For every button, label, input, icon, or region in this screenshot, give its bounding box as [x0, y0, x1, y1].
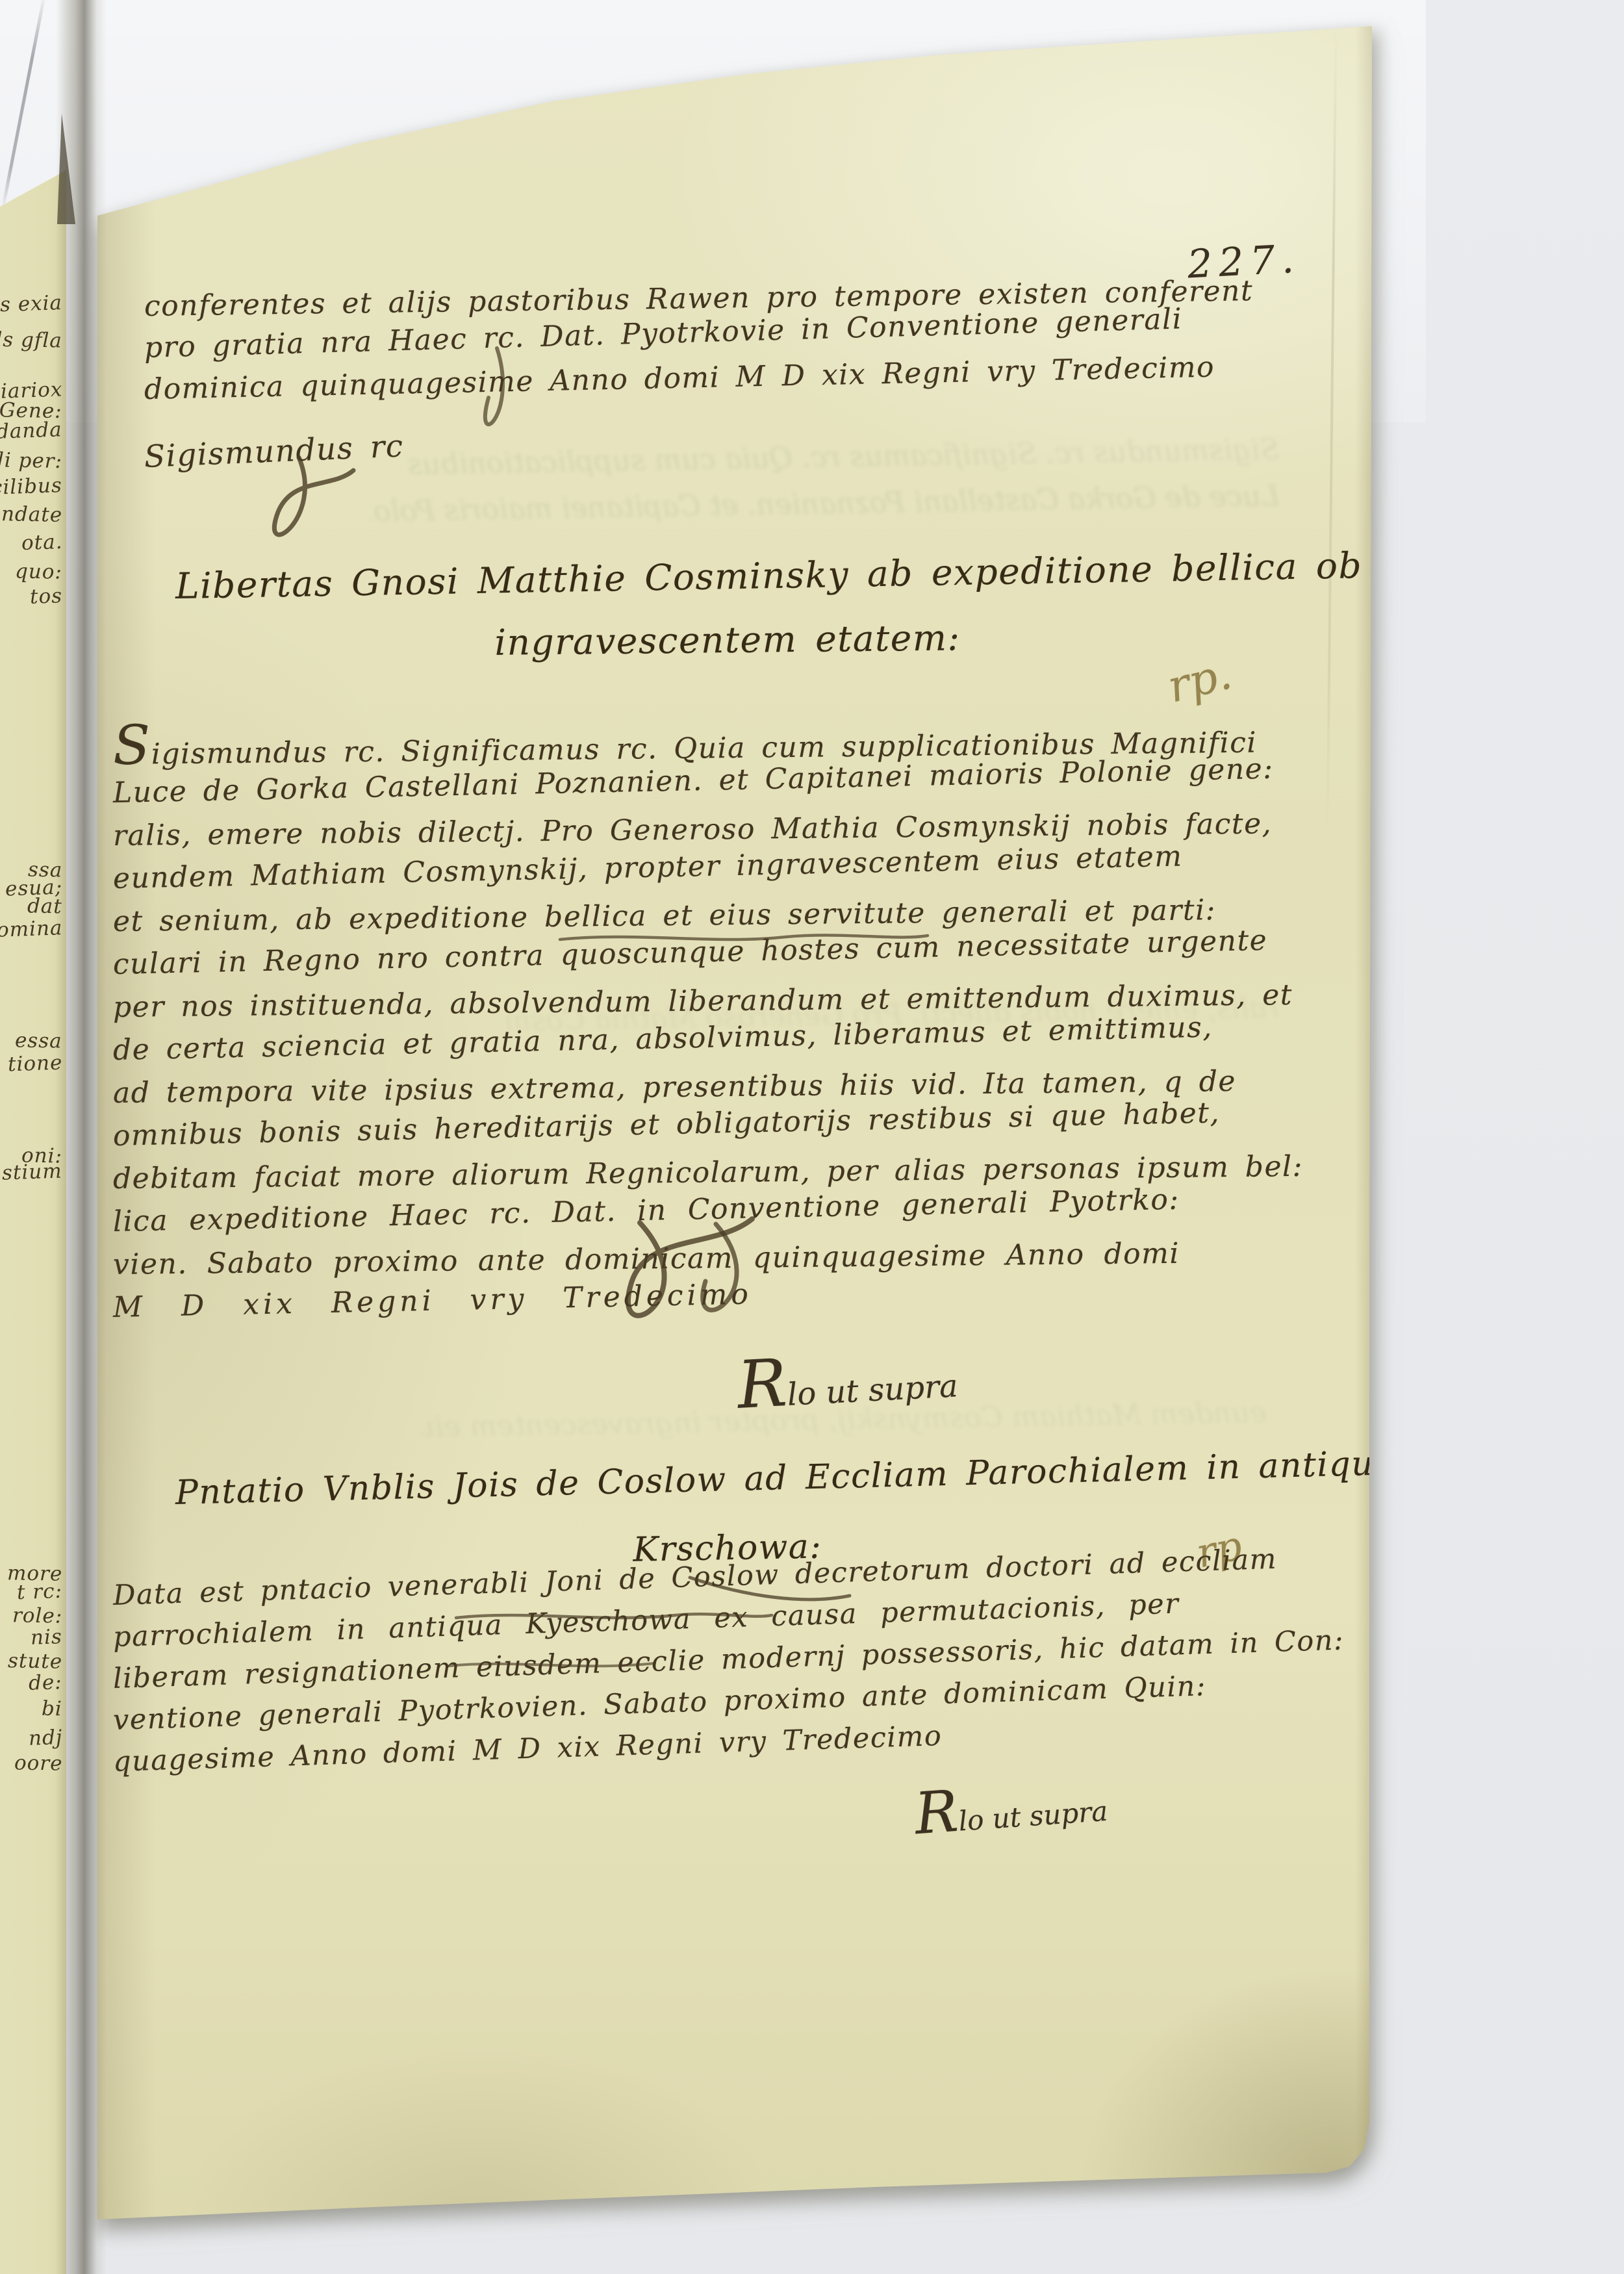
entry2-body: Data est pntacio venerabli Joni de Coslo… — [113, 1575, 1180, 1783]
ink-bleed-ghost: Luce de Gorka Castellani Poznanien. et C… — [370, 479, 1280, 528]
margin-fragment: danda — [0, 418, 63, 444]
heading-line: Libertas Gnosi Matthie Cosminsky ab expe… — [175, 537, 1280, 616]
fore-edge-crease — [1326, 23, 1337, 836]
margin-fragment: nis — [31, 1625, 63, 1650]
margin-fragment: bi — [42, 1697, 62, 1721]
entry1-closing: Rlo ut supra — [735, 1335, 959, 1424]
previous-page-edge: us exia n totls gfla iariox n Gene: dand… — [0, 0, 66, 2274]
margin-fragment: tione — [7, 1051, 63, 1077]
margin-fragment: ota. — [21, 530, 63, 555]
margin-fragment: cilibus — [0, 474, 63, 500]
margin-fragment: oore — [14, 1751, 62, 1775]
margin-fragment: idi per: — [0, 448, 62, 473]
margin-fragment: omina — [0, 916, 63, 942]
margin-fragment: n totls gfla — [0, 327, 62, 352]
margin-fragment: essa — [15, 1028, 62, 1053]
margin-fragment: tos — [29, 584, 62, 609]
margin-fragment: ndate — [1, 502, 63, 527]
entry1-body: Sigismundus rc. Significamus rc. Quia cu… — [113, 729, 1180, 1329]
heading-line: ingravescentem etatem: — [175, 604, 1280, 676]
margin-fragment: us exia — [0, 291, 63, 317]
margin-fragment: t rc: — [16, 1579, 62, 1604]
margin-fragment: stute — [8, 1649, 63, 1673]
margin-fragment: quo: — [15, 559, 63, 583]
entry1-heading: Libertas Gnosi Matthie Cosminsky ab expe… — [175, 556, 1280, 676]
margin-fragment: ndj — [28, 1726, 63, 1750]
parchment: 227. Sigismundus rc. Significamus rc. Qu… — [97, 23, 1372, 2222]
margin-fragment: dat — [27, 895, 62, 919]
margin-fragment: de: — [29, 1670, 63, 1695]
manuscript-scan: us exia n totls gfla iariox n Gene: dand… — [0, 0, 1624, 2274]
margin-fragment: stium — [2, 1159, 63, 1184]
entry2-closing: Rlo ut supra — [913, 1767, 1110, 1847]
margin-fragment: role: — [12, 1603, 63, 1628]
opening-passage: conferentes et alijs pastoribus Rawen pr… — [144, 286, 1145, 478]
